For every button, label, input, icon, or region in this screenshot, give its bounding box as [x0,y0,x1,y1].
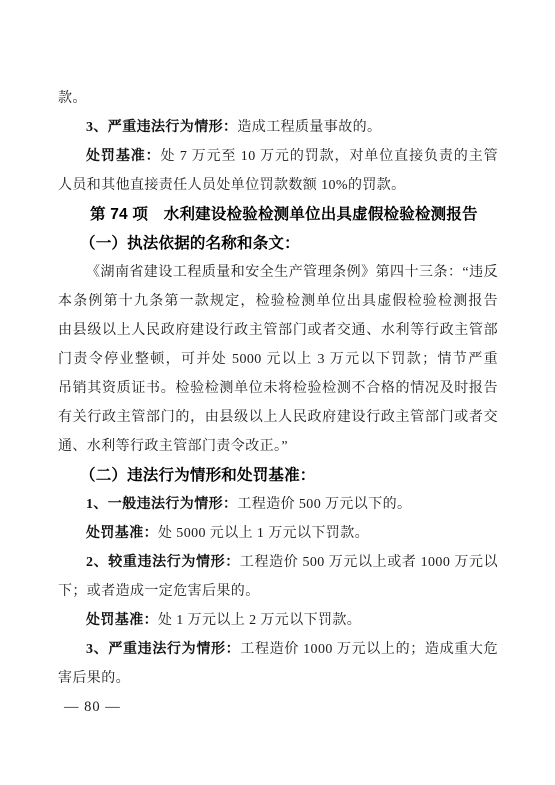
text-line: 《湖南省建设工程质量和安全生产管理条例》第四十三条：“违反 [58,258,498,287]
body-text: 造成工程质量事故的。 [237,120,381,135]
heading-text: （一）执法依据的名称和条文： [80,235,300,252]
body-text: 工程造价 1000 万元以上的；造成重大危 [240,642,498,657]
text-line: 通、水利等行政主管部门责令改正。” [58,432,498,461]
body-text: 下；或者造成一定危害后果的。 [58,584,260,599]
text-line: （一）执法依据的名称和条文： [58,229,498,258]
bold-label-text: 处罚基准： [86,526,158,541]
text-line: 3、严重违法行为情形：造成工程质量事故的。 [58,113,498,142]
body-text: 工程造价 500 万元以上或者 1000 万元以 [240,555,498,570]
text-line: （二）违法行为情形和处罚基准： [58,461,498,490]
body-text: 有关行政主管部门的，由县级以上人民政府建设行政主管部门或者交 [58,410,498,425]
text-line: 3、严重违法行为情形：工程造价 1000 万元以上的；造成重大危 [58,635,498,664]
bold-label-text: 1、一般违法行为情形： [86,497,237,512]
text-line: 吊销其资质证书。检验检测单位未将检验检测不合格的情况及时报告 [58,374,498,403]
body-text: 害后果的。 [58,671,130,686]
document-page: 款。3、严重违法行为情形：造成工程质量事故的。处罚基准：处 7 万元至 10 万… [0,0,555,785]
text-line: 门责令停业整顿，可并处 5000 元以上 3 万元以下罚款；情节严重的， [58,345,498,374]
text-line: 由县级以上人民政府建设行政主管部门或者交通、水利等行政主管部 [58,316,498,345]
text-line: 下；或者造成一定危害后果的。 [58,577,498,606]
heading-text: （二）违法行为情形和处罚基准： [80,467,316,484]
body-text: 人员和其他直接责任人员处单位罚款数额 10%的罚款。 [58,178,406,193]
document-body: 款。3、严重违法行为情形：造成工程质量事故的。处罚基准：处 7 万元至 10 万… [58,84,498,693]
text-line: 款。 [58,84,498,113]
body-text: 处 7 万元至 10 万元的罚款，对单位直接负责的主管 [161,149,498,164]
body-text: 工程造价 500 万元以下的。 [237,497,411,512]
bold-label-text: 2、较重违法行为情形： [86,555,240,570]
page-number: — 80 — [64,699,121,716]
bold-label-text: 3、严重违法行为情形： [86,642,240,657]
text-line: 处罚基准：处 7 万元至 10 万元的罚款，对单位直接负责的主管 [58,142,498,171]
text-line: 处罚基准：处 5000 元以上 1 万元以下罚款。 [58,519,498,548]
heading-text: 第 74 项 水利建设检验检测单位出具虚假检验检测报告的， [90,206,478,229]
text-line: 第 74 项 水利建设检验检测单位出具虚假检验检测报告的， [58,200,498,229]
text-line: 处罚基准：处 1 万元以上 2 万元以下罚款。 [58,606,498,635]
body-text: 《湖南省建设工程质量和安全生产管理条例》第四十三条：“违反 [86,265,498,280]
bold-label-text: 处罚基准： [86,149,161,164]
body-text: 处 1 万元以上 2 万元以下罚款。 [158,613,361,628]
body-text: 通、水利等行政主管部门责令改正。” [58,439,288,454]
text-line: 害后果的。 [58,664,498,693]
text-line: 本条例第十九条第一款规定，检验检测单位出具虚假检验检测报告的， [58,287,498,316]
body-text: 处 5000 元以上 1 万元以下罚款。 [158,526,369,541]
text-line: 人员和其他直接责任人员处单位罚款数额 10%的罚款。 [58,171,498,200]
body-text: 门责令停业整顿，可并处 5000 元以上 3 万元以下罚款；情节严重的， [58,352,498,374]
body-text: 本条例第十九条第一款规定，检验检测单位出具虚假检验检测报告的， [58,294,498,316]
body-text: 由县级以上人民政府建设行政主管部门或者交通、水利等行政主管部 [58,323,498,338]
bold-label-text: 3、严重违法行为情形： [86,120,237,135]
text-line: 2、较重违法行为情形：工程造价 500 万元以上或者 1000 万元以 [58,548,498,577]
bold-label-text: 处罚基准： [86,613,158,628]
text-line: 有关行政主管部门的，由县级以上人民政府建设行政主管部门或者交 [58,403,498,432]
body-text: 吊销其资质证书。检验检测单位未将检验检测不合格的情况及时报告 [58,381,498,396]
body-text: 款。 [58,91,87,106]
text-line: 1、一般违法行为情形：工程造价 500 万元以下的。 [58,490,498,519]
